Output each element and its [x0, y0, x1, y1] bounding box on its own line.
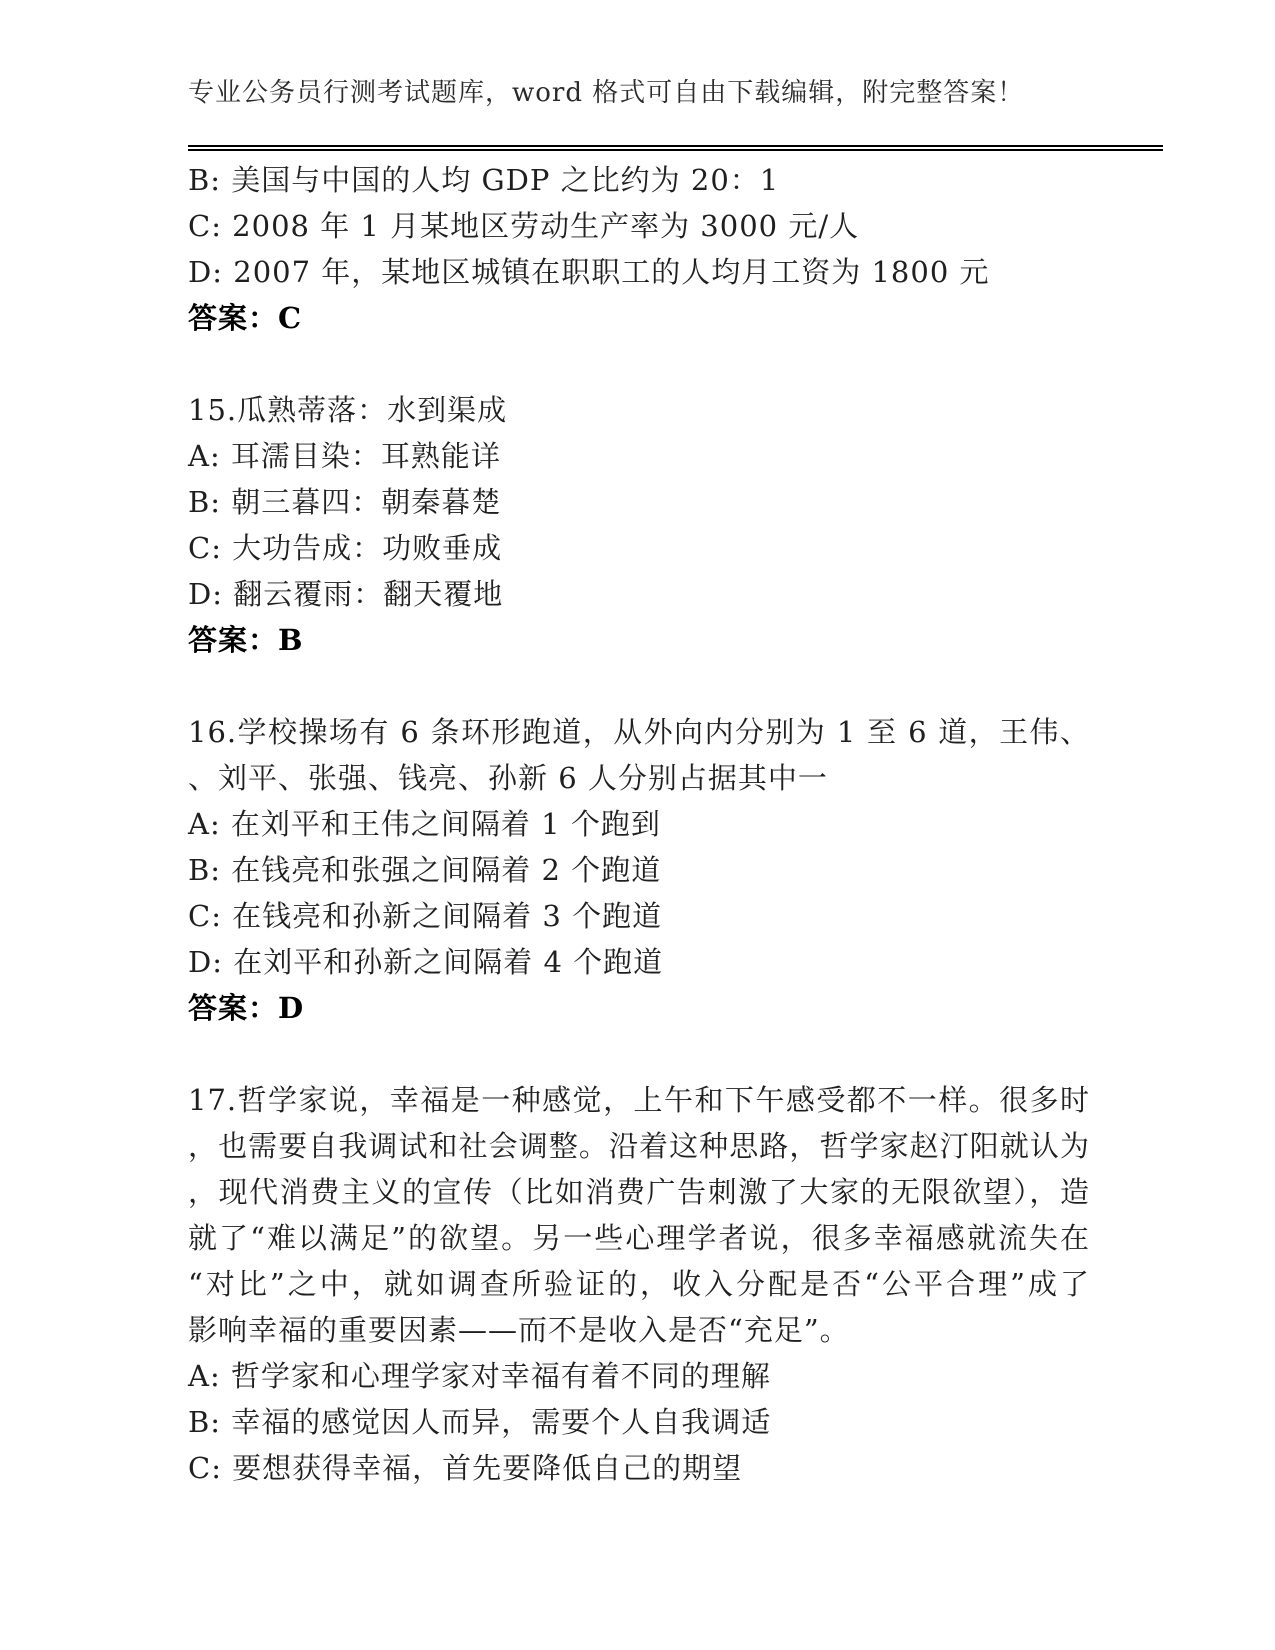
question-option-c: C: 大功告成：功败垂成: [188, 525, 1090, 571]
header-notice: 专业公务员行测考试题库，word 格式可自由下载编辑，附完整答案！: [188, 73, 1163, 113]
question-stem-line-5: “对比”之中，就如调查所验证的，收入分配是否“公平合理”成了: [188, 1261, 1090, 1307]
question-16: 16.学校操场有 6 条环形跑道，从外向内分别为 1 至 6 道，王伟、李明 、…: [188, 709, 1090, 1031]
document-page: 专业公务员行测考试题库，word 格式可自由下载编辑，附完整答案！ B: 美国与…: [0, 0, 1275, 1650]
question-stem-line-2: ，也需要自我调试和社会调整。沿着这种思路，哲学家赵汀阳就认为: [188, 1123, 1090, 1169]
question-stem-line-3: ，现代消费主义的宣传（比如消费广告刺激了大家的无限欲望），造: [188, 1169, 1090, 1215]
document-body: B: 美国与中国的人均 GDP 之比约为 20：1 C: 2008 年 1 月某…: [188, 157, 1090, 1537]
question-stem-line-1: 17.哲学家说，幸福是一种感觉，上午和下午感受都不一样。很多时候: [188, 1077, 1090, 1123]
answer-line: 答案：B: [188, 617, 1090, 663]
question-15: 15.瓜熟蒂落：水到渠成 A: 耳濡目染：耳熟能详 B: 朝三暮四：朝秦暮楚 C…: [188, 387, 1090, 663]
question-option-d: D: 2007 年，某地区城镇在职职工的人均月工资为 1800 元: [188, 249, 1090, 295]
question-stem: 15.瓜熟蒂落：水到渠成: [188, 387, 1090, 433]
answer-line: 答案：D: [188, 985, 1090, 1031]
question-stem-line-2: 、刘平、张强、钱亮、孙新 6 人分别占据其中一: [188, 755, 1090, 801]
question-option-b: B: 幸福的感觉因人而异，需要个人自我调适: [188, 1399, 1090, 1445]
question-stem-line-4: 就了“难以满足”的欲望。另一些心理学者说，很多幸福感就流失在: [188, 1215, 1090, 1261]
question-option-c: C: 2008 年 1 月某地区劳动生产率为 3000 元/人: [188, 203, 1090, 249]
question-stem-line-6: 影响幸福的重要因素——而不是收入是否“充足”。: [188, 1307, 1090, 1353]
question-option-d: D: 在刘平和孙新之间隔着 4 个跑道: [188, 939, 1090, 985]
question-17: 17.哲学家说，幸福是一种感觉，上午和下午感受都不一样。很多时候 ，也需要自我调…: [188, 1077, 1090, 1491]
question-option-c: C: 在钱亮和孙新之间隔着 3 个跑道: [188, 893, 1090, 939]
question-option-a: A: 在刘平和王伟之间隔着 1 个跑到: [188, 801, 1090, 847]
question-option-c: C: 要想获得幸福，首先要降低自己的期望: [188, 1445, 1090, 1491]
header-rule-divider: [188, 145, 1163, 151]
question-option-b: B: 美国与中国的人均 GDP 之比约为 20：1: [188, 157, 1090, 203]
question-stem-line-1: 16.学校操场有 6 条环形跑道，从外向内分别为 1 至 6 道，王伟、李明: [188, 709, 1090, 755]
question-option-d: D: 翻云覆雨：翻天覆地: [188, 571, 1090, 617]
question-option-a: A: 哲学家和心理学家对幸福有着不同的理解: [188, 1353, 1090, 1399]
question-option-b: B: 朝三暮四：朝秦暮楚: [188, 479, 1090, 525]
answer-line: 答案：C: [188, 295, 1090, 341]
question-14-tail: B: 美国与中国的人均 GDP 之比约为 20：1 C: 2008 年 1 月某…: [188, 157, 1090, 341]
question-option-b: B: 在钱亮和张强之间隔着 2 个跑道: [188, 847, 1090, 893]
question-option-a: A: 耳濡目染：耳熟能详: [188, 433, 1090, 479]
